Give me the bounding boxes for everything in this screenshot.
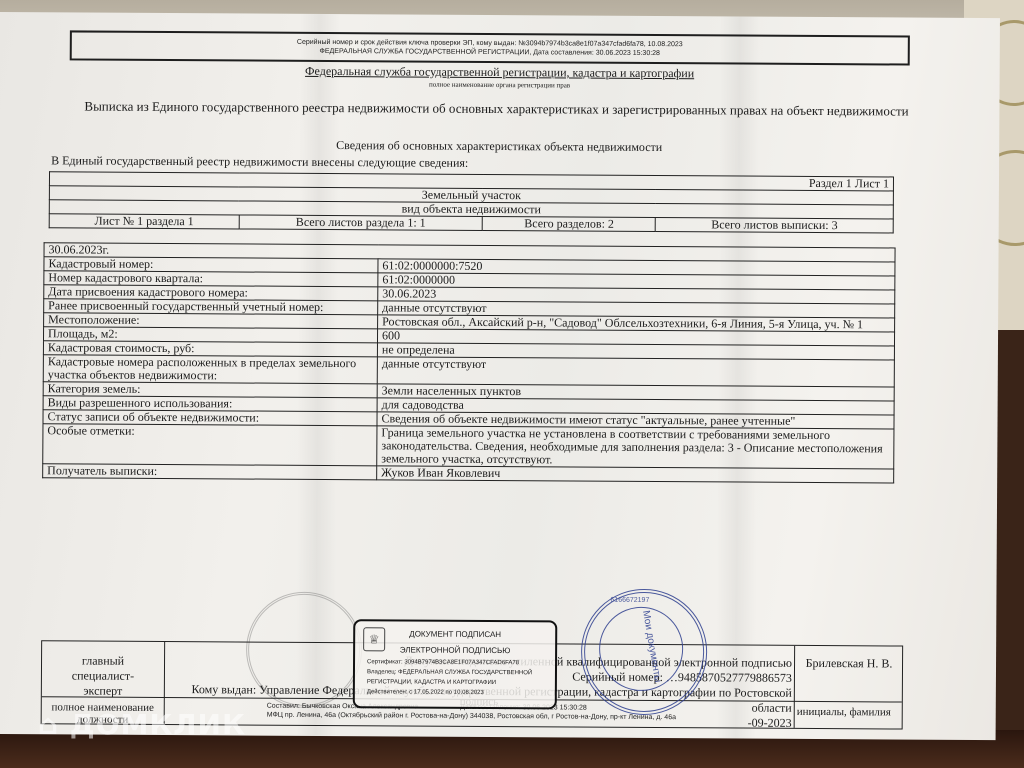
initials-caption: инициалы, фамилия <box>797 706 891 719</box>
ecp-title-2: ЭЛЕКТРОННОЙ ПОДПИСЬЮ <box>355 645 555 655</box>
total-sections: Всего разделов: 2 <box>482 216 655 231</box>
row-label: Получатель выписки: <box>43 464 377 480</box>
signer-column: Брилевская Н. В. инициалы, фамилия <box>794 646 903 729</box>
stamp-number: 6166672197 <box>610 597 649 604</box>
certificate-header-box: Серийный номер и срок действия ключа про… <box>70 30 910 65</box>
row-label: Особые отметки: <box>43 424 377 466</box>
intro-text: В Единый государственный реестр недвижим… <box>51 153 468 171</box>
row-value: Граница земельного участка не установлен… <box>377 426 894 469</box>
property-details-table: 30.06.2023г. Кадастровый номер: 61:02:00… <box>42 242 895 483</box>
row-label: Кадастровые номера расположенных в преде… <box>43 355 377 384</box>
house-icon: ⌂ <box>38 708 59 741</box>
document-sheet: Серийный номер и срок действия ключа про… <box>0 12 1000 740</box>
sheet-number: Лист № 1 раздела 1 <box>49 214 239 229</box>
header-table: Раздел 1 Лист 1 Земельный участок вид об… <box>49 171 894 233</box>
mfc-round-stamp: Мои документы 6166672197 <box>581 589 708 716</box>
domclick-watermark: ⌂ ДОМКЛИК <box>38 708 246 741</box>
signer-name: Брилевская Н. В. <box>795 656 903 672</box>
electronic-signature-stamp: ♕ ДОКУМЕНТ ПОДПИСАН ЭЛЕКТРОННОЙ ПОДПИСЬЮ… <box>353 619 558 709</box>
total-sheets-section: Всего листов раздела 1: 1 <box>239 215 483 230</box>
position-title: главный специалист-эксперт <box>53 653 153 699</box>
watermark-text: ДОМКЛИК <box>70 708 246 741</box>
row-value: Жуков Иван Яковлевич <box>377 466 894 483</box>
table-row: Особые отметки:Граница земельного участк… <box>43 424 894 469</box>
extract-title: Выписка из Единого государственного реес… <box>84 99 908 120</box>
ecp-title-1: ДОКУМЕНТ ПОДПИСАН <box>355 629 555 639</box>
total-sheets-extract: Всего листов выписки: 3 <box>656 218 894 233</box>
ecp-details: Сертификат: 3094B7974B3CA8E1F07A347CFAD6… <box>367 657 533 698</box>
ecp-validity: Действителен: с 17.05.2022 по 10.08.2023 <box>367 687 532 698</box>
row-value: данные отсутствуют <box>377 357 894 387</box>
